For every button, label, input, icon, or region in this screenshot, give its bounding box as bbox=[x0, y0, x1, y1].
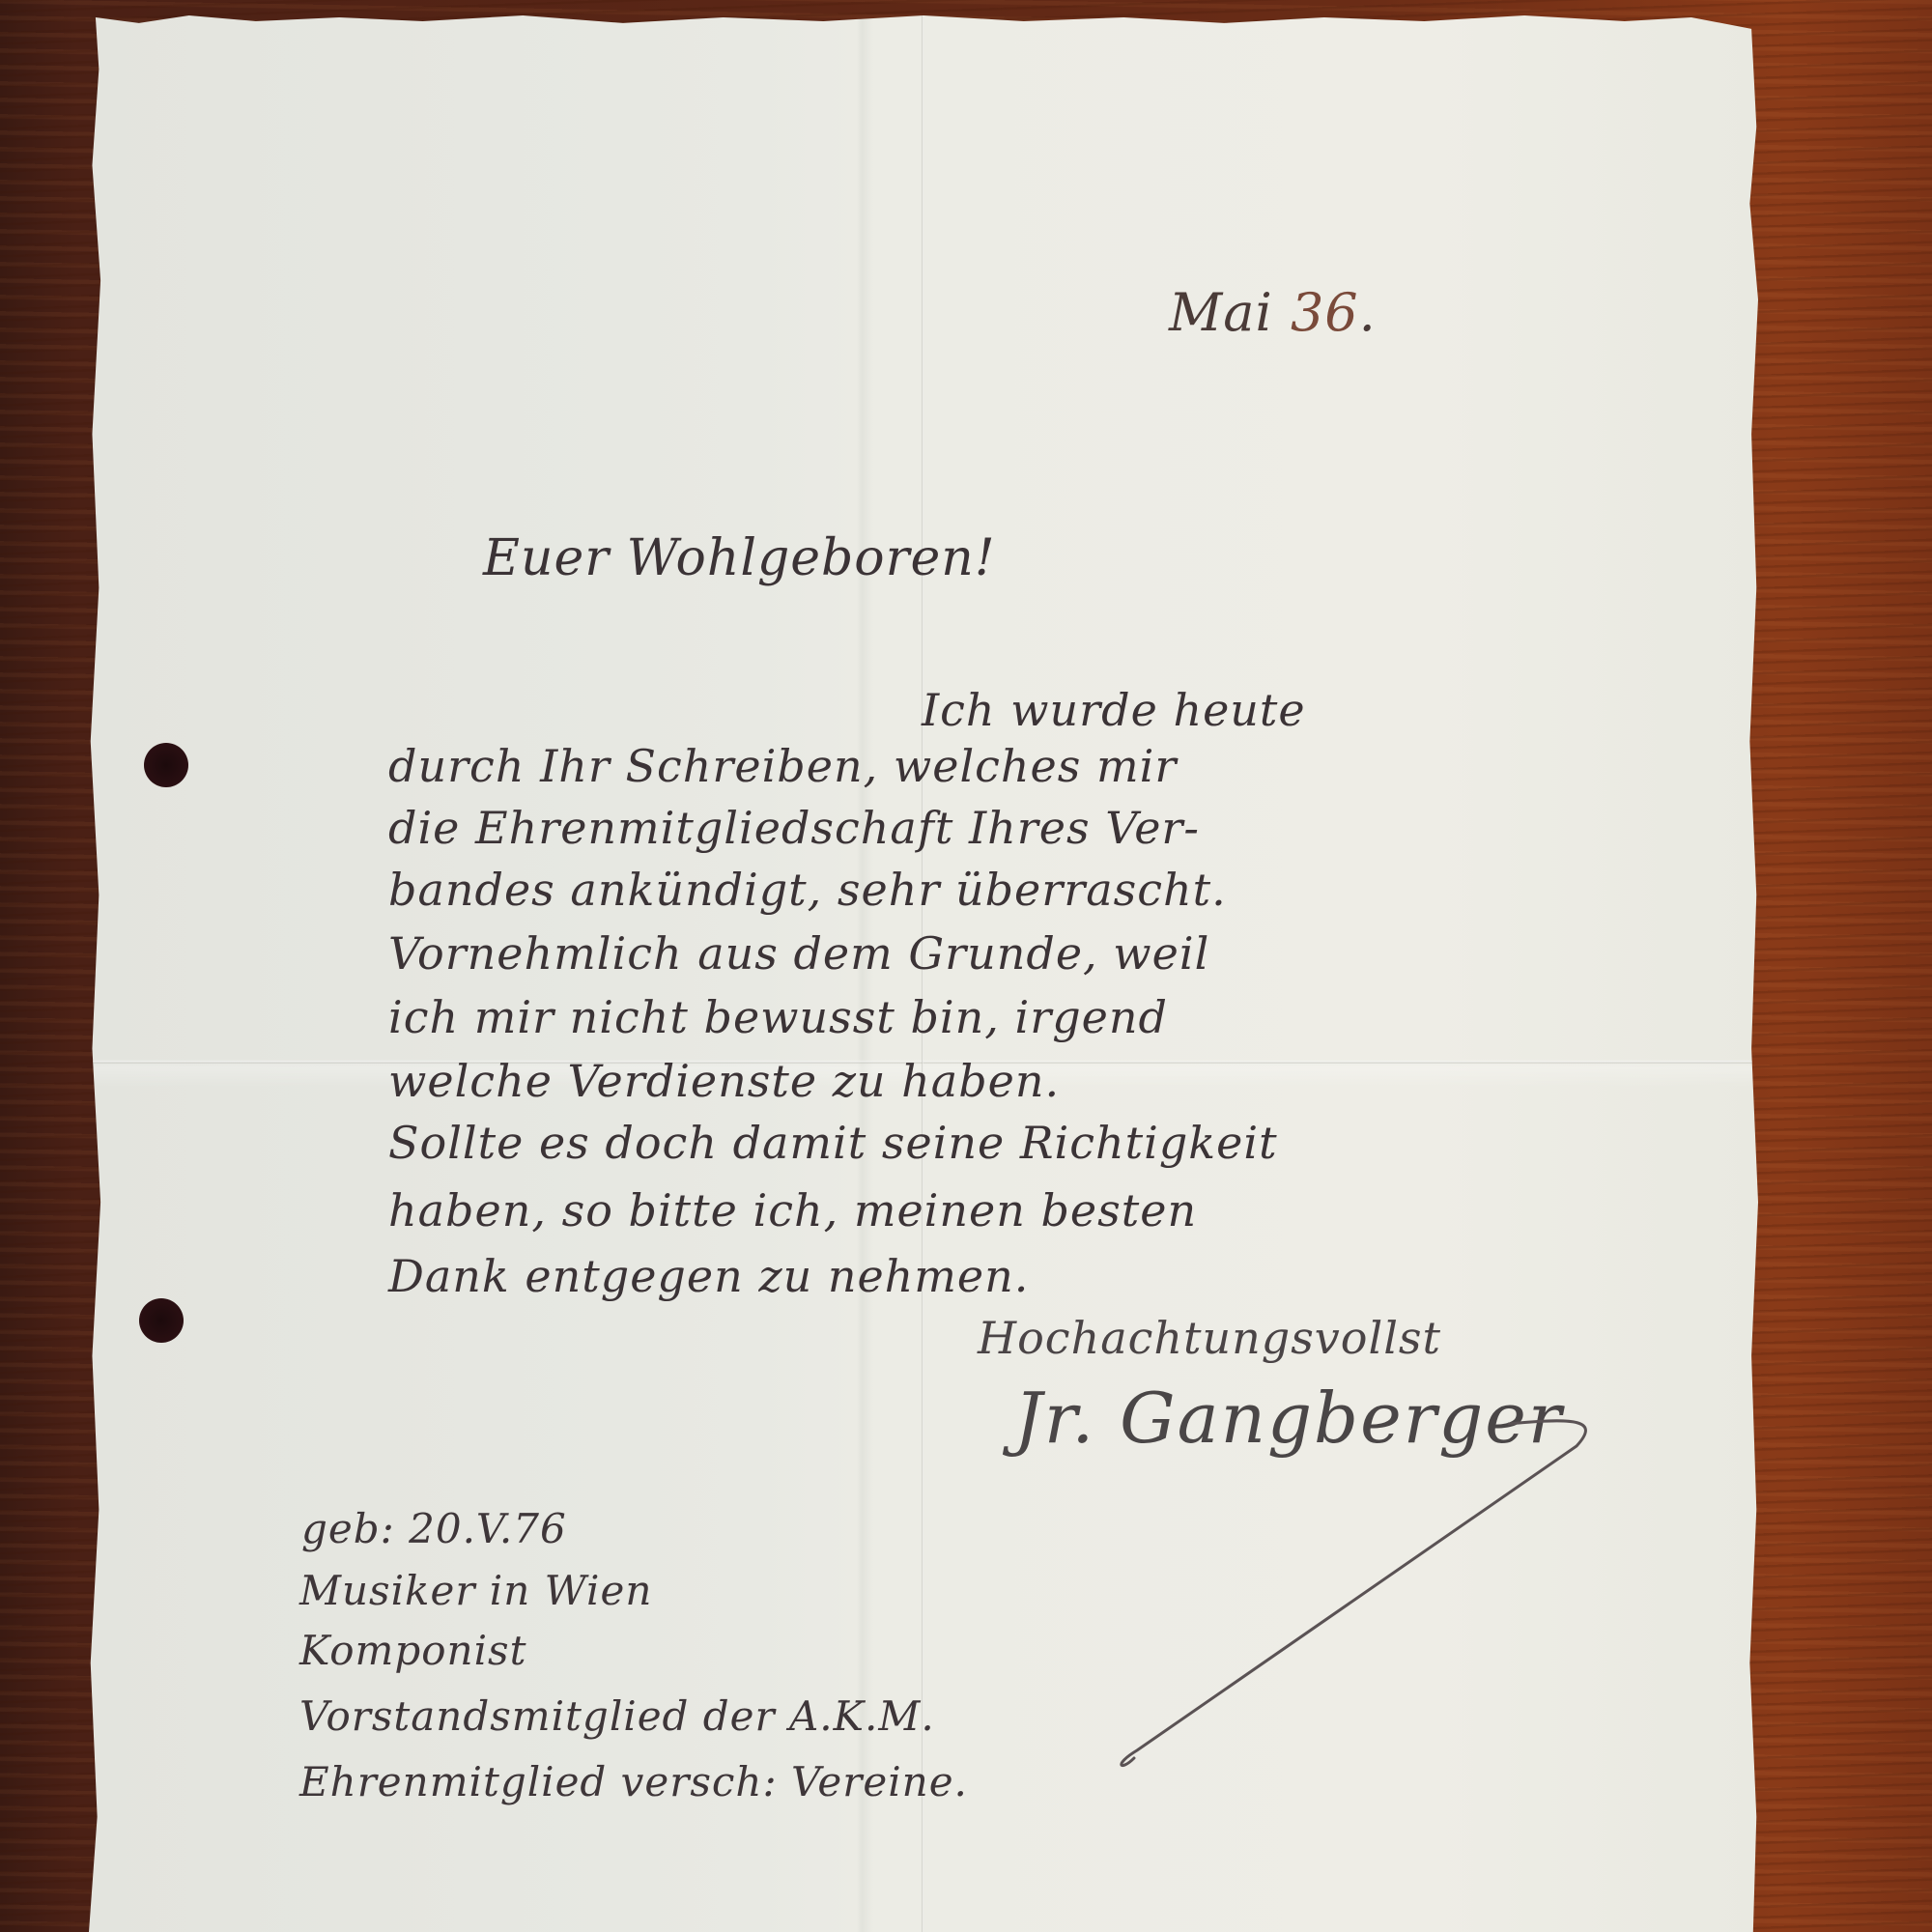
punch-hole-bottom bbox=[139, 1298, 184, 1343]
date-month: Mai bbox=[1169, 282, 1273, 343]
note-birthdate: geb: 20.V.76 bbox=[301, 1509, 567, 1549]
note-honorary-member: Ehrenmitglied versch: Vereine. bbox=[299, 1762, 968, 1803]
body-line-3: die Ehrenmitgliedschaft Ihres Ver- bbox=[388, 806, 1200, 850]
body-line-1: Ich wurde heute bbox=[922, 688, 1306, 732]
body-line-8: Sollte es doch damit seine Richtigkeit bbox=[388, 1121, 1278, 1165]
body-line-9: haben, so bitte ich, meinen besten bbox=[388, 1188, 1197, 1233]
date-period: . bbox=[1359, 282, 1377, 343]
letter-paper: Mai 36. Euer Wohlgeboren! Ich wurde heut… bbox=[89, 12, 1758, 1932]
note-board-member: Vorstandsmitglied der A.K.M. bbox=[299, 1696, 935, 1737]
body-line-2: durch Ihr Schreiben, welches mir bbox=[388, 744, 1177, 788]
salutation: Euer Wohlgeboren! bbox=[483, 533, 996, 583]
closing-phrase: Hochachtungsvollst bbox=[978, 1316, 1441, 1360]
body-line-10: Dank entgegen zu nehmen. bbox=[388, 1254, 1029, 1298]
body-line-5: Vornehmlich aus dem Grunde, weil bbox=[388, 931, 1209, 976]
note-profession: Musiker in Wien bbox=[299, 1571, 652, 1611]
body-line-4: bandes ankündigt, sehr überrascht. bbox=[388, 867, 1227, 912]
body-line-6: ich mir nicht bewusst bin, irgend bbox=[388, 995, 1168, 1039]
body-line-7: welche Verdienste zu haben. bbox=[388, 1059, 1060, 1103]
signature: Jr. Gangberger bbox=[1014, 1383, 1563, 1453]
letter-date: Mai 36. bbox=[1169, 287, 1377, 339]
note-composer: Komponist bbox=[299, 1631, 526, 1671]
punch-hole-top bbox=[144, 743, 188, 787]
date-year: 36 bbox=[1291, 282, 1359, 343]
